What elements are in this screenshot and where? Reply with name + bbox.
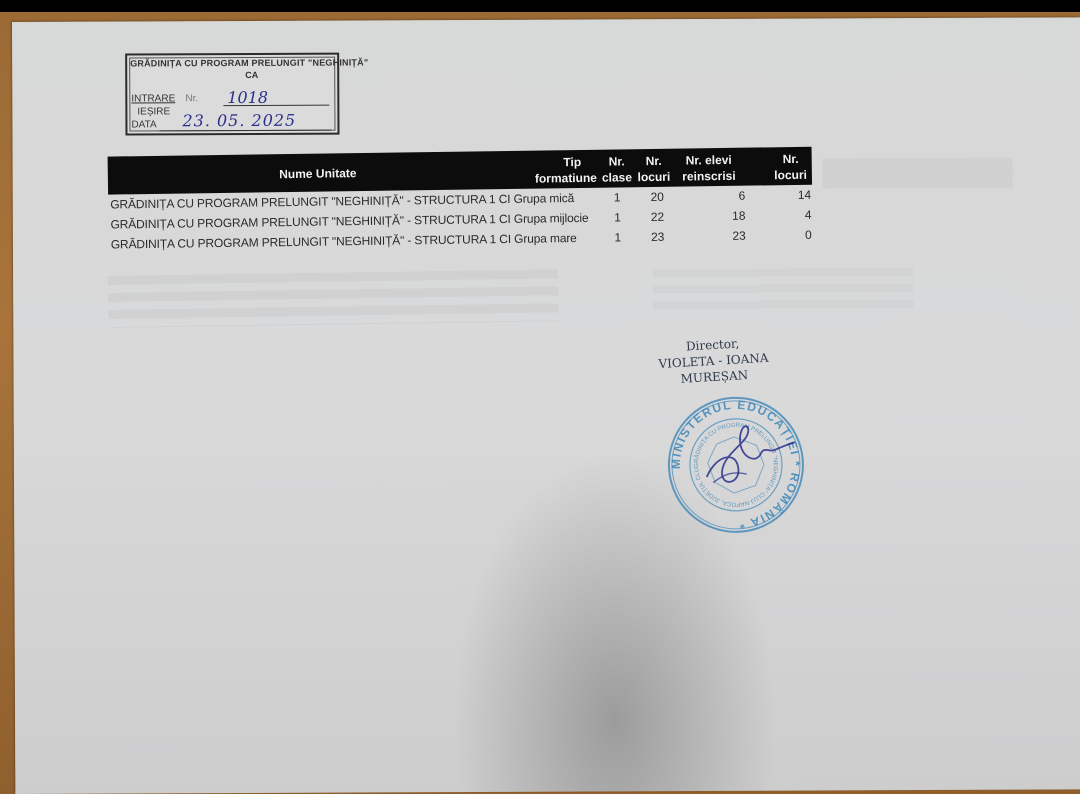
header-tip-line1: Tip (528, 154, 597, 171)
header-elevi-line2: reinscrisi (673, 168, 745, 185)
header-locuri-line1: Nr. (635, 153, 673, 170)
svg-text:MINISTERUL EDUCAȚIEI * ROMÂNIA: MINISTERUL EDUCAȚIEI * ROMÂNIA * (664, 393, 808, 537)
cell-nr-clase: 1 (599, 190, 635, 205)
header-elevi-line1: Nr. elevi (673, 152, 745, 169)
stamp-label-data: DATA (131, 119, 156, 130)
cell-tip-formatiune: CI Grupa mică (499, 191, 575, 206)
stamp-date: 23. 05. 2025 (182, 111, 296, 130)
header-nr-clase: Nr. clase (599, 153, 635, 185)
places-table: Nume Unitate Tip formatiune Nr. clase Nr… (108, 147, 813, 255)
header-nr-locuri-libere: Nr. locuri (745, 151, 811, 184)
cell-nr-clase: 1 (599, 210, 635, 225)
header-nume-unitate: Nume Unitate (108, 163, 528, 185)
cell-nume-unitate: GRĂDINIȚA CU PROGRAM PRELUNGIT "NEGHINIȚ… (111, 231, 577, 252)
document-page: GRĂDINIȚA CU PROGRAM PRELUNGIT "NEGHINIȚ… (12, 17, 1080, 794)
stamp-school-name: GRĂDINIȚA CU PROGRAM PRELUNGIT "NEGHINIȚ… (130, 57, 368, 68)
header-tip-formatiune: Tip formatiune (528, 154, 597, 187)
registration-stamp: GRĂDINIȚA CU PROGRAM PRELUNGIT "NEGHINIȚ… (125, 53, 339, 136)
header-clase-line2: clase (599, 169, 635, 186)
signature-block: Director, VIOLETA - IOANA MUREȘAN (647, 333, 780, 388)
cell-nr-locuri-libere: 0 (746, 228, 812, 243)
bleed-through-block (653, 268, 913, 309)
cell-nr-locuri-libere: 14 (745, 188, 811, 203)
bleed-through-header (823, 158, 1013, 189)
cell-nr-clase: 1 (600, 230, 636, 245)
header-tip-line2: formatiune (528, 170, 597, 187)
cell-unit-text: GRĂDINIȚA CU PROGRAM PRELUNGIT "NEGHINIȚ… (110, 192, 495, 211)
official-seal: MINISTERUL EDUCAȚIEI * ROMÂNIA * GRĂDINI… (661, 390, 811, 540)
stamp-number: 1018 (227, 88, 268, 107)
cell-nr-locuri-libere: 4 (745, 208, 811, 223)
cell-nr-elevi-reinscrisi: 23 (674, 229, 746, 244)
cell-unit-text: GRĂDINIȚA CU PROGRAM PRELUNGIT "NEGHINIȚ… (111, 232, 496, 251)
header-nr-locuri: Nr. locuri (635, 153, 673, 186)
cell-tip-formatiune: CI Grupa mijlocie (499, 211, 589, 226)
header-nr-elevi-reinscrisi: Nr. elevi reinscrisi (673, 152, 745, 185)
header-clase-line1: Nr. (599, 153, 635, 170)
stamp-label-iesire: IEȘIRE (137, 106, 170, 117)
stamp-school-name-text: GRĂDINIȚA CU PROGRAM PRELUNGIT "NEGHINIȚ… (130, 57, 368, 68)
stamp-label-nr: Nr. (185, 93, 198, 104)
header-locuri2-line2: locuri (745, 167, 807, 184)
seal-outer-text: MINISTERUL EDUCAȚIEI * ROMÂNIA * (664, 393, 808, 537)
bleed-through-block (108, 269, 559, 328)
cell-nr-elevi-reinscrisi: 6 (673, 189, 745, 204)
stamp-school-line2: CA (245, 70, 258, 80)
cell-nr-elevi-reinscrisi: 18 (673, 209, 745, 224)
header-locuri-line2: locuri (635, 169, 673, 186)
cell-unit-text: GRĂDINIȚA CU PROGRAM PRELUNGIT "NEGHINIȚ… (110, 212, 495, 231)
stamp-label-intrare: INTRARE (131, 93, 175, 104)
cell-tip-formatiune: CI Grupa mare (499, 231, 577, 246)
header-locuri2-line1: Nr. (745, 151, 807, 168)
